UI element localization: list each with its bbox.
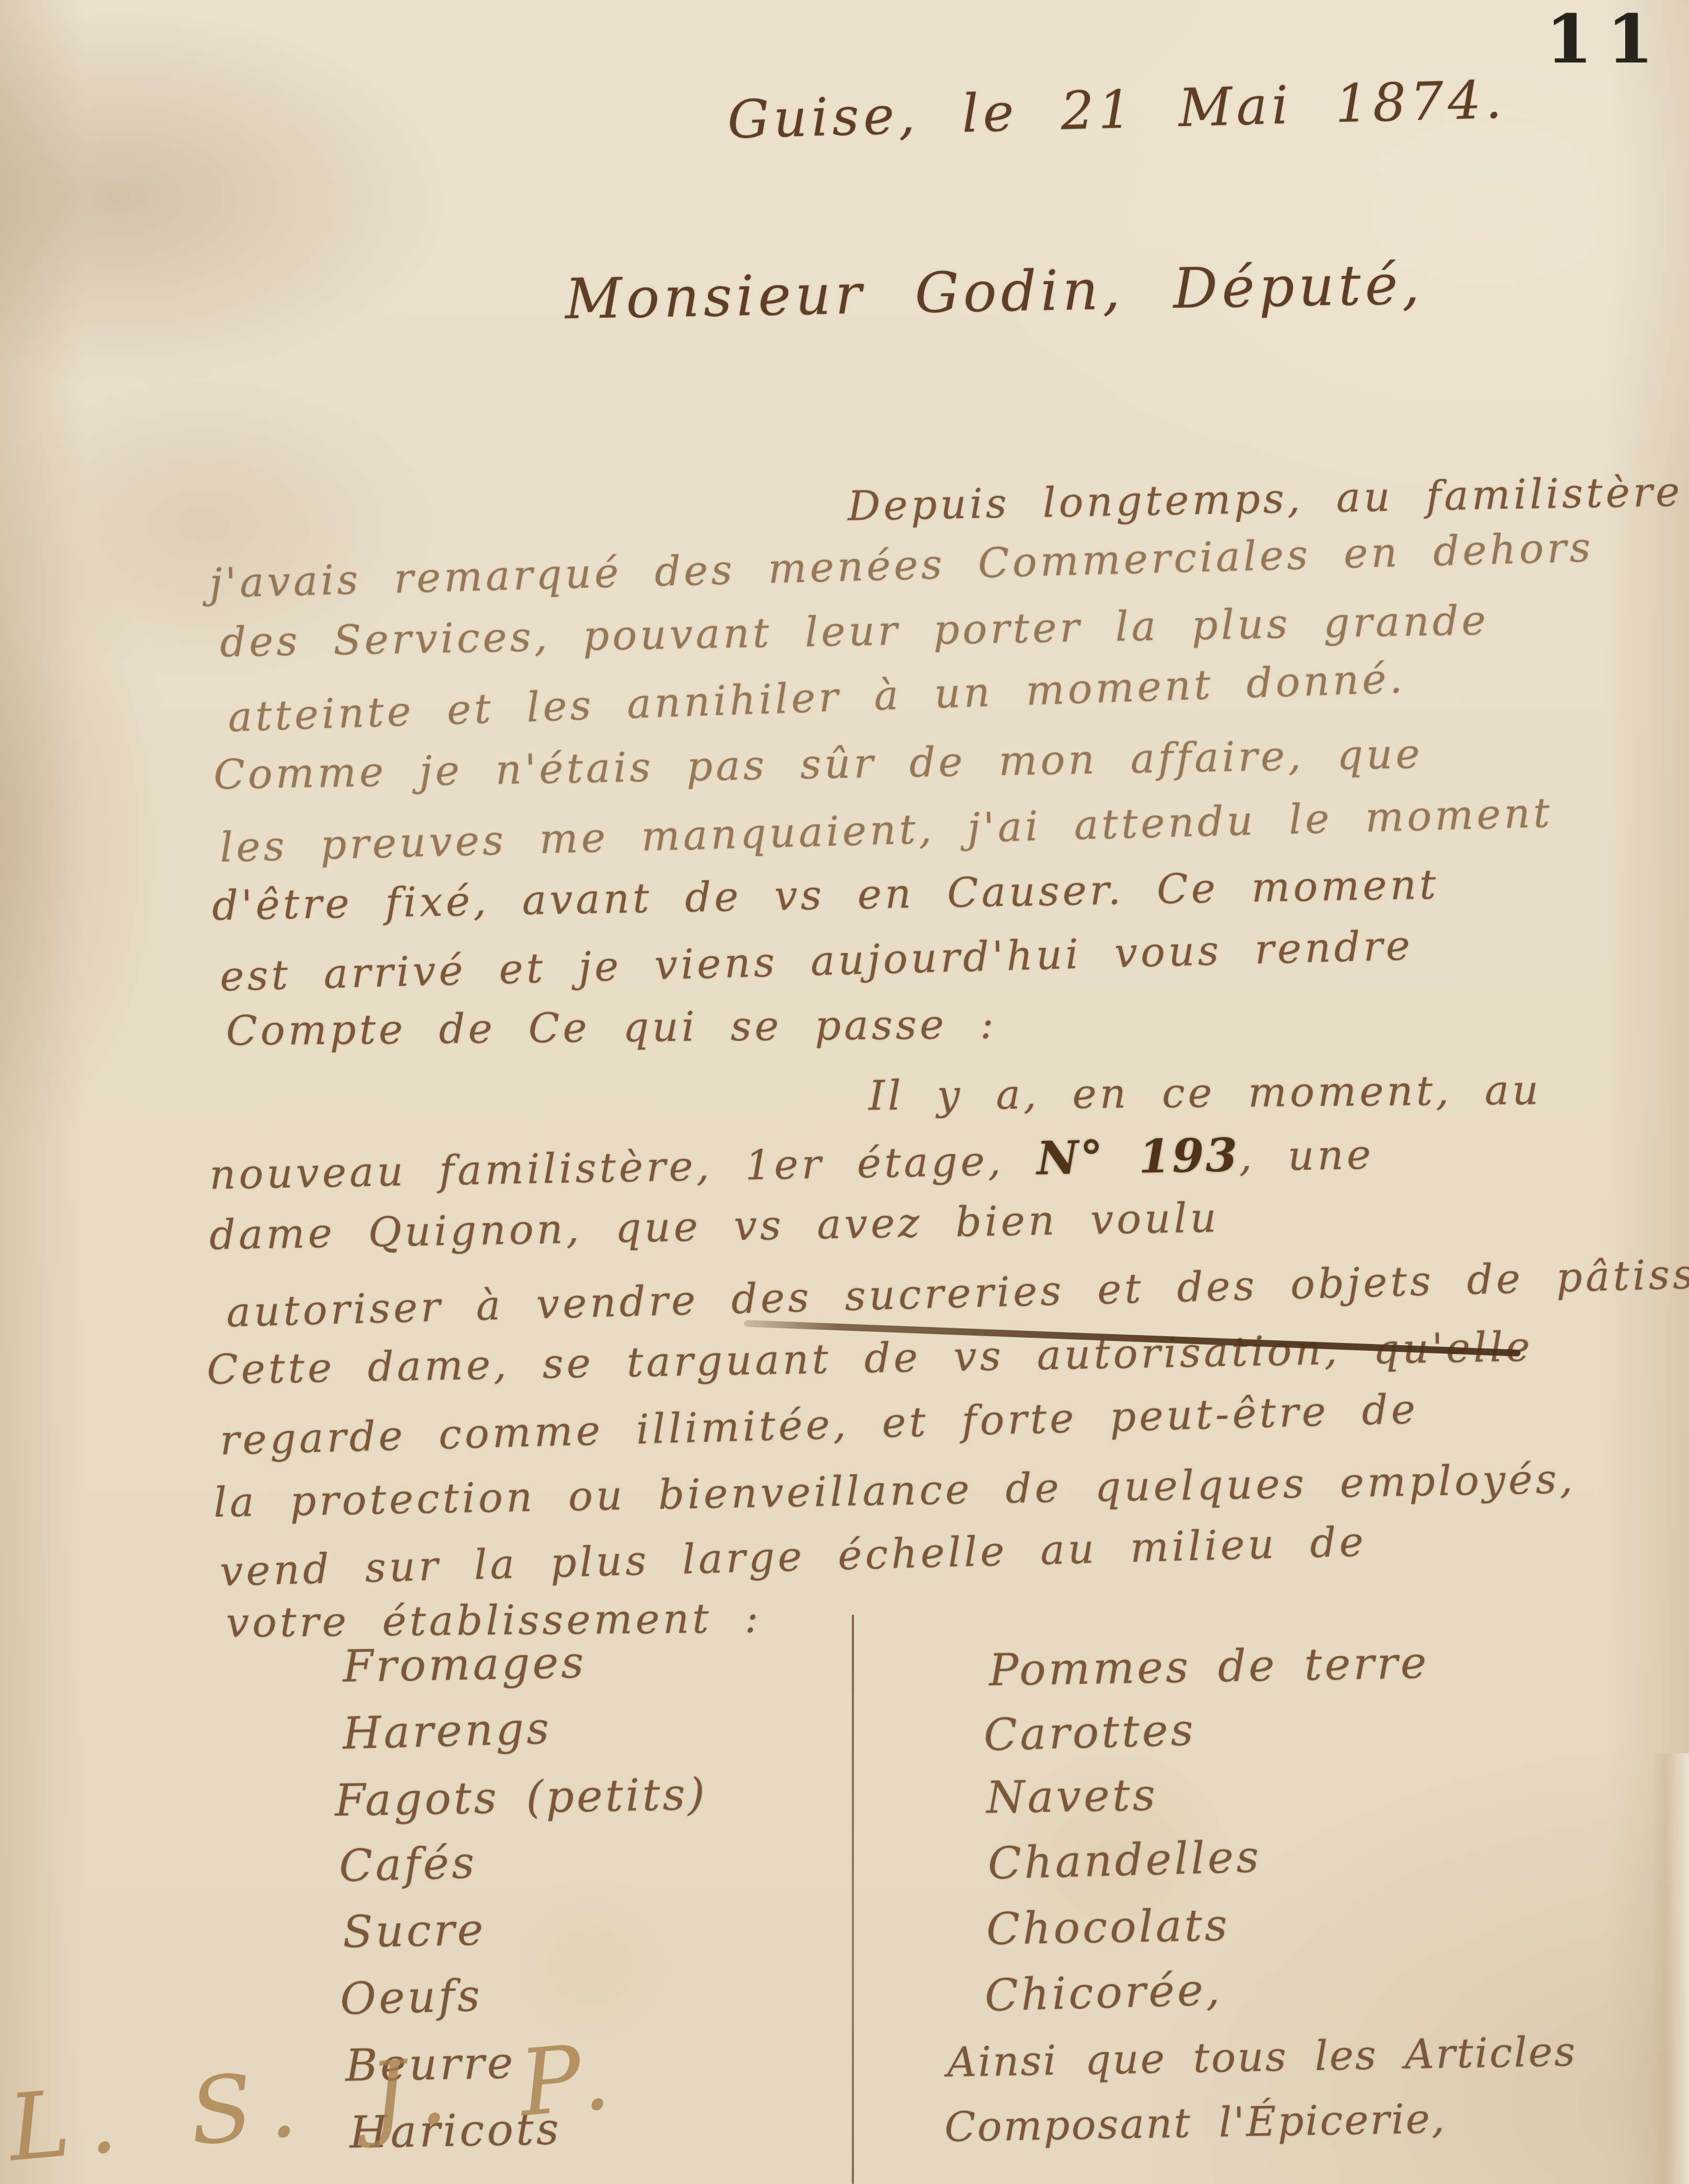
salutation-line: Monsieur Godin, Député, (565, 257, 1424, 328)
body-line: dame Quignon, que vs avez bien voulu (209, 1197, 1220, 1256)
list-item: Composant l'Épicerie, (944, 2099, 1446, 2148)
body-line: Depuis longtemps, au familistère (847, 472, 1683, 527)
body-line: Compte de Ce qui se passe : (226, 1004, 997, 1052)
body-text: autoriser à vendre (226, 1276, 732, 1336)
body-line: autoriser à vendre des sucreries et des … (226, 1251, 1689, 1333)
paper-torn-edge (1652, 1753, 1689, 2184)
body-line: les preuves me manquaient, j'ai attendu … (219, 793, 1553, 869)
list-item: Carottes (983, 1708, 1196, 1757)
list-item: Cafés (339, 1841, 477, 1888)
body-line: Comme je n'étais pas sûr de mon affaire,… (213, 734, 1423, 796)
body-line: j'avais remarqué des menées Commerciales… (209, 527, 1594, 604)
page-number-stamp: 11 (1546, 0, 1668, 79)
body-line: vend sur la plus large échelle au milieu… (219, 1521, 1367, 1592)
body-line: d'être fixé, avant de vs en Causer. Ce m… (211, 865, 1439, 927)
list-item: Oeufs (340, 1973, 483, 2021)
list-item: Sucre (342, 1908, 486, 1954)
letter-page: 11 Guise, le 21 Mai 1874. Monsieur Godin… (0, 0, 1689, 2184)
place-date-line: Guise, le 21 Mai 1874. (727, 74, 1506, 147)
body-line: Cette dame, se targuant de vs autorisati… (207, 1327, 1534, 1391)
list-item: Fromages (342, 1640, 587, 1688)
body-line: nouveau familistère, 1er étage, N° 193, … (209, 1130, 1374, 1196)
list-item: Chicorée, (984, 1967, 1223, 2018)
body-line: des Services, pouvant leur porter la plu… (220, 600, 1490, 663)
body-line: la protection ou bienveillance de quelqu… (213, 1459, 1577, 1523)
list-item: Chandelles (987, 1834, 1262, 1886)
list-item: Navets (986, 1773, 1158, 1820)
archive-initials: L. S. J. P. (4, 2022, 632, 2182)
body-line: votre établissement : (226, 1598, 762, 1644)
list-item: Pommes de terre (988, 1641, 1429, 1693)
body-line: est arrivé et je viens aujourd'hui vous … (219, 925, 1413, 998)
body-text: , une (1238, 1132, 1375, 1181)
body-line: Il y a, en ce moment, au (869, 1070, 1542, 1116)
body-line: regarde comme illimitée, et forte peut-ê… (219, 1389, 1418, 1461)
body-text: nouveau familistère, 1er étage, (209, 1137, 1037, 1199)
underlined-phrase: des sucreries et des objets de pâtisseri… (730, 1248, 1689, 1323)
list-item: Ainsi que tous les Articles (947, 2032, 1577, 2084)
list-item: Harengs (342, 1706, 552, 1755)
column-divider (852, 1615, 854, 2184)
apartment-number: N° 193 (1037, 1128, 1240, 1185)
body-line: atteinte et les annihiler à un moment do… (227, 658, 1406, 738)
list-item: Fagots (petits) (334, 1772, 707, 1822)
list-item: Chocolats (986, 1903, 1230, 1951)
